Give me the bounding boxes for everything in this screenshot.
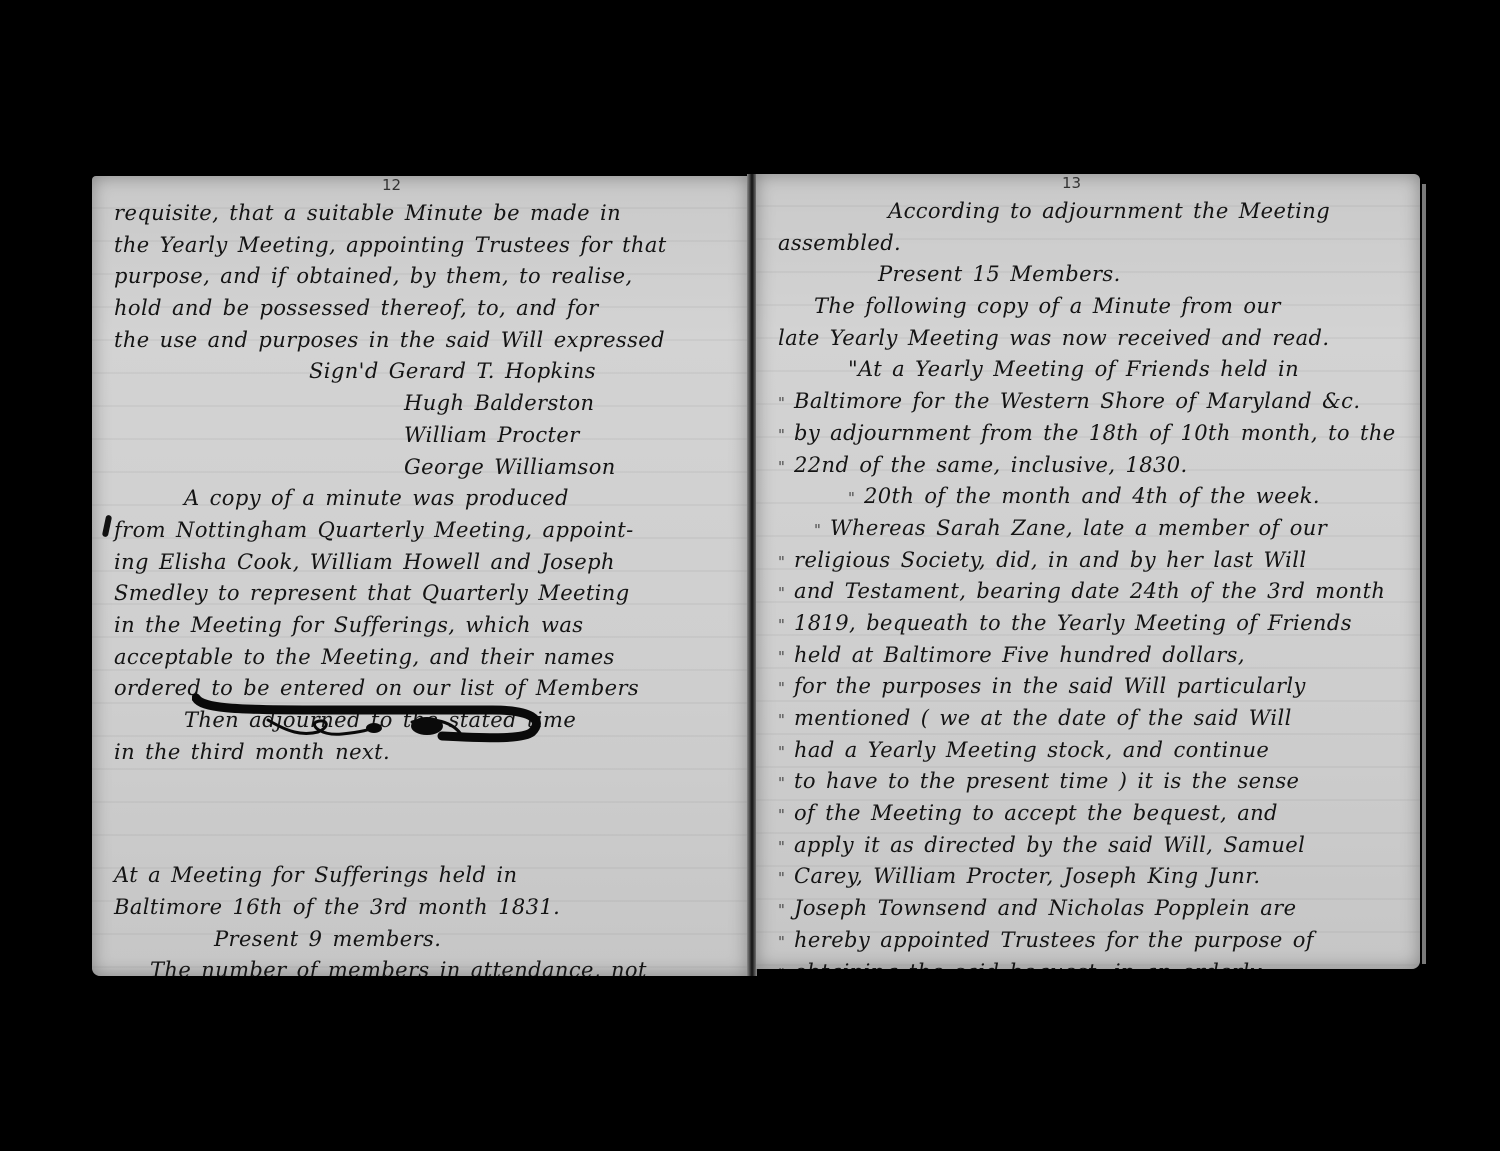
quote-mark-icon: " [778, 420, 794, 452]
margin-mark-icon [102, 514, 112, 537]
text-line-content: for the purposes in the said Will partic… [794, 674, 1306, 698]
quote-mark-icon: " [814, 515, 830, 547]
quote-mark-icon: " [778, 547, 794, 579]
left-page: 12 requisite, that a suitable Minute be … [92, 176, 748, 976]
text-line-content: obtaining the said bequest, in an orderl… [794, 960, 1262, 970]
quote-mark-icon: " [778, 673, 794, 705]
text-line-content: by adjournment from the 18th of 10th mon… [794, 421, 1396, 445]
quote-mark-icon: " [778, 800, 794, 832]
text-line: "to have to the present time ) it is the… [778, 766, 1406, 798]
quote-mark-icon: " [778, 863, 794, 895]
text-line-content: Baltimore for the Western Shore of Maryl… [794, 389, 1360, 413]
text-line-content: apply it as directed by the said Will, S… [794, 833, 1305, 857]
signature-line: Sign'd Gerard T. Hopkins [114, 356, 734, 388]
text-line: "religious Society, did, in and by her l… [778, 545, 1406, 577]
text-line-content: 20th of the month and 4th of the week. [864, 484, 1320, 508]
text-line: According to adjournment the Meeting [778, 196, 1406, 228]
text-line: "hereby appointed Trustees for the purpo… [778, 925, 1406, 957]
text-line: "Whereas Sarah Zane, late a member of ou… [778, 513, 1406, 545]
text-line: Baltimore 16th of the 3rd month 1831. [114, 892, 734, 924]
page-number: 12 [382, 176, 401, 194]
document-viewer: 12 requisite, that a suitable Minute be … [0, 0, 1500, 1151]
quote-mark-icon: " [778, 768, 794, 800]
text-line: "by adjournment from the 18th of 10th mo… [778, 418, 1406, 450]
text-line-content: 1819, bequeath to the Yearly Meeting of … [794, 611, 1352, 635]
quote-mark-icon: " [778, 832, 794, 864]
signature-line: William Procter [114, 420, 734, 452]
text-line-content: Carey, William Procter, Joseph King Junr… [794, 864, 1260, 888]
text-line: requisite, that a suitable Minute be mad… [114, 198, 734, 230]
text-line-content: to have to the present time ) it is the … [794, 769, 1299, 793]
text-line: "of the Meeting to accept the bequest, a… [778, 798, 1406, 830]
quote-mark-icon: " [778, 610, 794, 642]
text-line-content: held at Baltimore Five hundred dollars, [794, 643, 1245, 667]
text-line: late Yearly Meeting was now received and… [778, 323, 1406, 355]
text-line: "22nd of the same, inclusive, 1830. [778, 450, 1406, 482]
text-line: Present 9 members. [114, 924, 734, 956]
text-line-content: Whereas Sarah Zane, late a member of our [830, 516, 1327, 540]
text-line: A copy of a minute was produced [114, 483, 734, 515]
left-page-text: requisite, that a suitable Minute be mad… [114, 198, 734, 976]
text-line-content: mentioned ( we at the date of the said W… [794, 706, 1292, 730]
quote-mark-icon: " [848, 483, 864, 515]
quote-mark-icon: " [778, 388, 794, 420]
quote-mark-icon: " [778, 642, 794, 674]
signature-line: George Williamson [114, 452, 734, 484]
text-line: "had a Yearly Meeting stock, and continu… [778, 735, 1406, 767]
text-line: the use and purposes in the said Will ex… [114, 325, 734, 357]
text-line: "apply it as directed by the said Will, … [778, 830, 1406, 862]
text-line: hold and be possessed thereof, to, and f… [114, 293, 734, 325]
quote-mark-icon: " [778, 895, 794, 927]
text-line: The number of members in attendance, not [114, 955, 734, 976]
right-page: 13 According to adjournment the Meeting … [756, 174, 1420, 969]
text-line: "mentioned ( we at the date of the said … [778, 703, 1406, 735]
quote-mark-icon: " [778, 959, 794, 970]
text-line: "and Testament, bearing date 24th of the… [778, 576, 1406, 608]
quote-mark-icon: " [778, 578, 794, 610]
text-line-content: of the Meeting to accept the bequest, an… [794, 801, 1278, 825]
text-line: "obtaining the said bequest, in an order… [778, 957, 1406, 970]
page-edge [1422, 184, 1426, 964]
text-line-content: hereby appointed Trustees for the purpos… [794, 928, 1314, 952]
text-line: "1819, bequeath to the Yearly Meeting of… [778, 608, 1406, 640]
text-line: Present 15 Members. [778, 259, 1406, 291]
text-line: Smedley to represent that Quarterly Meet… [114, 578, 734, 610]
page-number: 13 [1062, 174, 1081, 192]
text-line: from Nottingham Quarterly Meeting, appoi… [114, 515, 734, 547]
text-line: "20th of the month and 4th of the week. [778, 481, 1406, 513]
text-line: the Yearly Meeting, appointing Trustees … [114, 230, 734, 262]
text-line: ing Elisha Cook, William Howell and Jose… [114, 547, 734, 579]
text-line: "At a Yearly Meeting of Friends held in [778, 354, 1406, 386]
text-line: "Carey, William Procter, Joseph King Jun… [778, 861, 1406, 893]
text-line: purpose, and if obtained, by them, to re… [114, 261, 734, 293]
ornamental-flourish-icon [192, 692, 552, 752]
text-line: "held at Baltimore Five hundred dollars, [778, 640, 1406, 672]
text-line-content: 22nd of the same, inclusive, 1830. [794, 453, 1188, 477]
text-line-content: had a Yearly Meeting stock, and continue [794, 738, 1269, 762]
book-spread: 12 requisite, that a suitable Minute be … [92, 176, 1422, 976]
quote-mark-icon: " [778, 737, 794, 769]
text-line: acceptable to the Meeting, and their nam… [114, 642, 734, 674]
text-line: "Baltimore for the Western Shore of Mary… [778, 386, 1406, 418]
quote-mark-icon: " [778, 927, 794, 959]
text-line: "for the purposes in the said Will parti… [778, 671, 1406, 703]
text-line-content: religious Society, did, in and by her la… [794, 548, 1306, 572]
signature-line: Hugh Balderston [114, 388, 734, 420]
text-line: assembled. [778, 228, 1406, 260]
text-line: in the Meeting for Sufferings, which was [114, 610, 734, 642]
text-line-content: from Nottingham Quarterly Meeting, appoi… [114, 518, 634, 542]
quote-mark-icon: " [778, 705, 794, 737]
right-page-text: According to adjournment the Meeting ass… [778, 196, 1406, 969]
text-line-content: and Testament, bearing date 24th of the … [794, 579, 1385, 603]
quote-mark-icon: " [778, 452, 794, 484]
flourish-space [114, 768, 734, 838]
text-line: At a Meeting for Sufferings held in [114, 860, 734, 892]
text-line: The following copy of a Minute from our [778, 291, 1406, 323]
text-line: "Joseph Townsend and Nicholas Popplein a… [778, 893, 1406, 925]
text-line-content: Joseph Townsend and Nicholas Popplein ar… [794, 896, 1296, 920]
